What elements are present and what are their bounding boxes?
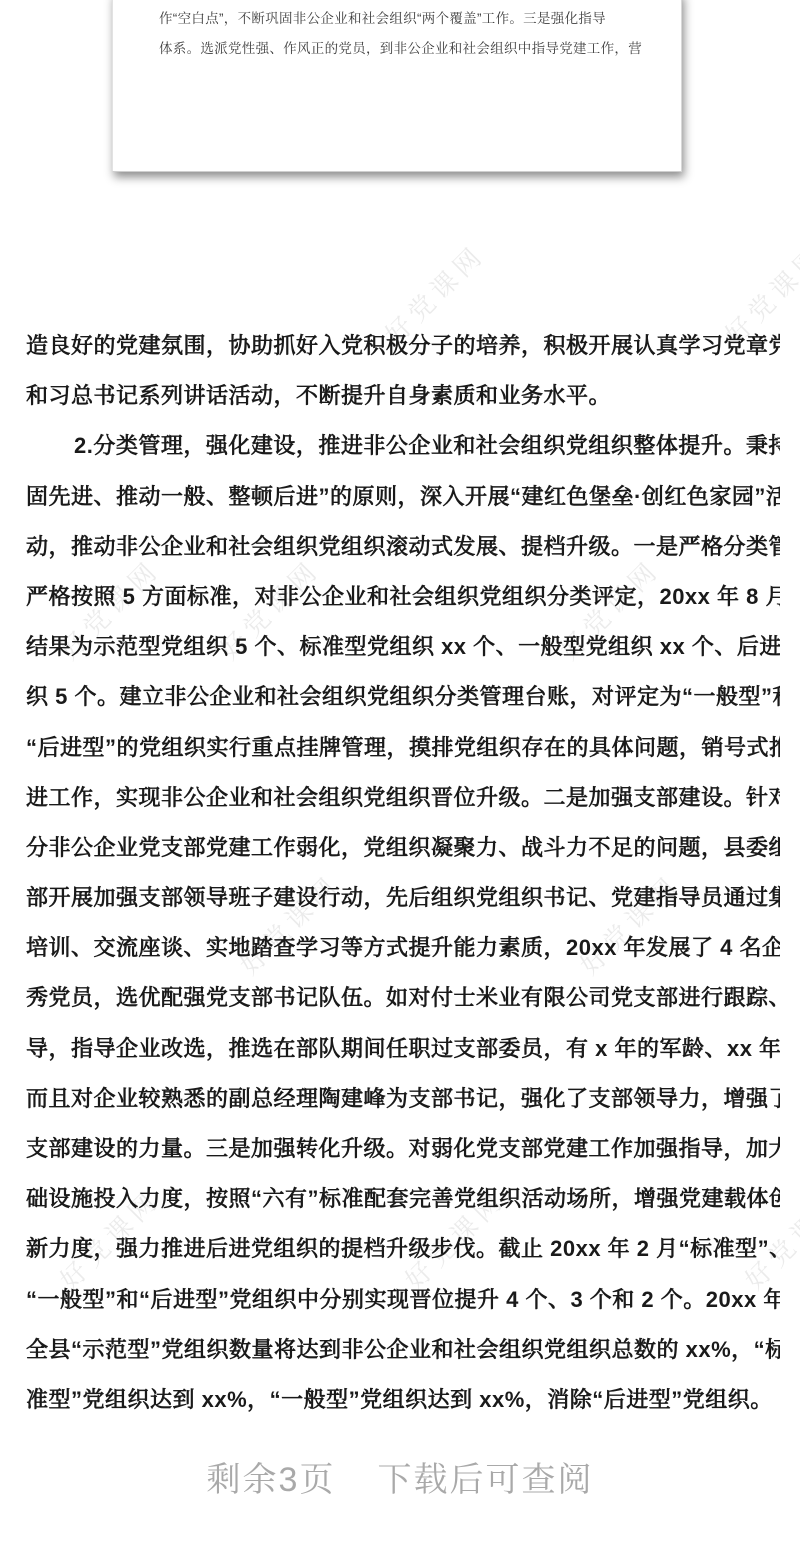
doc-line: “后进型”的党组织实行重点挂牌管理，摸排党组织存在的具体问题，销号式推 [26,723,780,773]
footer-hint: 剩余3页下载后可查阅 [0,1452,800,1501]
doc-line: 而且对企业较熟悉的副总经理陶建峰为支部书记，强化了支部领导力，增强了党 [26,1074,780,1124]
doc-line: 培训、交流座谈、实地踏查学习等方式提升能力素质，20xx 年发展了 4 名企业优 [26,923,780,973]
preview-card-line: 作“空白点”，不断巩固非公企业和社会组织“两个覆盖”工作。三是强化指导 [159,4,643,34]
remaining-pages-label: 剩余3页 [207,1461,336,1499]
doc-line: 和习总书记系列讲话活动，不断提升自身素质和业务水平。 [26,371,780,421]
document-body: 造良好的党建氛围，协助抓好入党积极分子的培养，积极开展认真学习党章党规 和习总书… [26,321,780,1425]
doc-line: 分非公企业党支部党建工作弱化，党组织凝聚力、战斗力不足的问题，县委组织 [26,823,780,873]
doc-line: 秀党员，选优配强党支部书记队伍。如对付士米业有限公司党支部进行跟踪、督 [26,973,780,1023]
doc-line: 础设施投入力度，按照“六有”标准配套完善党组织活动场所，增强党建载体创 [26,1174,780,1224]
doc-line: 导，指导企业改选，推选在部队期间任职过支部委员，有 x 年的军龄、xx 年党龄， [26,1024,780,1074]
download-hint-label: 下载后可查阅 [377,1461,593,1499]
doc-line: 动，推动非公企业和社会组织党组织滚动式发展、提档升级。一是严格分类管理。 [26,522,780,572]
doc-line: 进工作，实现非公企业和社会组织党组织晋位升级。二是加强支部建设。针对部 [26,773,780,823]
doc-line: 2.分类管理，强化建设，推进非公企业和社会组织党组织整体提升。秉持“巩 [26,421,780,471]
document-preview-page: { "watermark": { "text": "好党课网", "color"… [0,0,800,1562]
page-preview-card: 作“空白点”，不断巩固非公企业和社会组织“两个覆盖”工作。三是强化指导 体系。选… [112,0,682,172]
doc-line: 准型”党组织达到 xx%，“一般型”党组织达到 xx%，消除“后进型”党组织。 [26,1375,780,1425]
doc-line: 全县“示范型”党组织数量将达到非公企业和社会组织党组织总数的 xx%，“标 [26,1325,780,1375]
doc-line: 固先进、推动一般、整顿后进”的原则，深入开展“建红色堡垒·创红色家园”活 [26,472,780,522]
doc-line: 织 5 个。建立非公企业和社会组织党组织分类管理台账，对评定为“一般型”和 [26,672,780,722]
preview-card-line: 体系。选派党性强、作风正的党员，到非公企业和社会组织中指导党建工作，营 [159,34,643,64]
doc-line: 部开展加强支部领导班子建设行动，先后组织党组织书记、党建指导员通过集中 [26,873,780,923]
doc-line: “一般型”和“后进型”党组织中分别实现晋位提升 4 个、3 个和 2 个。20x… [26,1275,780,1325]
doc-line: 支部建设的力量。三是加强转化升级。对弱化党支部党建工作加强指导，加大基 [26,1124,780,1174]
doc-line: 新力度，强力推进后进党组织的提档升级步伐。截止 20xx 年 2 月“标准型”、 [26,1224,780,1274]
doc-line: 严格按照 5 方面标准，对非公企业和社会组织党组织分类评定，20xx 年 8 月… [26,572,780,622]
doc-line: 造良好的党建氛围，协助抓好入党积极分子的培养，积极开展认真学习党章党规 [26,321,780,371]
doc-line: 结果为示范型党组织 5 个、标准型党组织 xx 个、一般型党组织 xx 个、后进… [26,622,780,672]
